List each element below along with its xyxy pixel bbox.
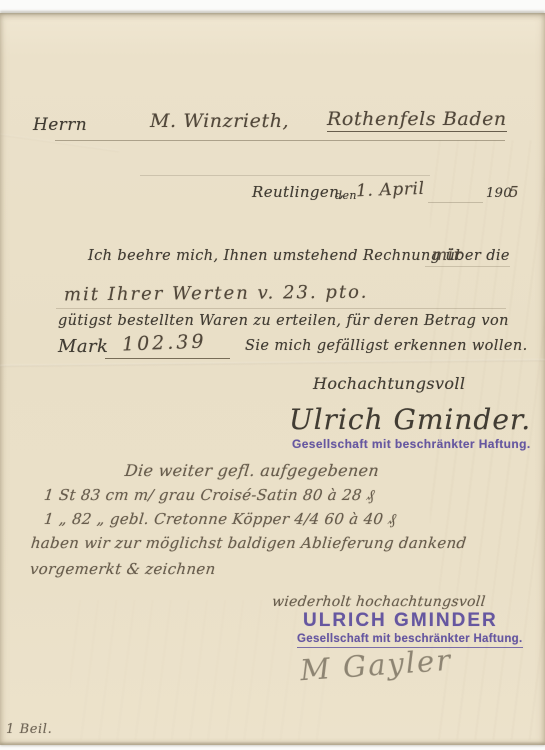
company-signature-printed: Ulrich Gminder. (289, 403, 531, 436)
dateline-rule (428, 202, 483, 203)
body-rule-2 (56, 308, 506, 309)
company-stamp-small: Gesellschaft mit beschränkter Haftung. (292, 437, 531, 451)
note-line5: vorgemerkt & zeichnen (29, 560, 216, 578)
body-line3-printed: gütigst bestellten Waren zu erteilen, fü… (58, 313, 509, 329)
scan-edge-bottom (0, 743, 545, 746)
body-rule-1 (425, 266, 510, 267)
salutation: Herrn (33, 115, 87, 135)
note-line2: 1 St 83 cm m/ grau Croisé-Satin 80 à 28 … (43, 486, 376, 505)
body-line4-printed: Sie mich gefälligst erkennen wollen. (245, 338, 528, 354)
address-rule-1 (55, 140, 505, 141)
note-line1: Die weiter gefl. aufgegebenen (124, 461, 380, 480)
address-rule-2 (140, 175, 430, 176)
footnote-handwritten: 1 Beil. (6, 722, 52, 737)
note-line3: 1 „ 82 „ gebl. Cretonne Köpper 4/4 60 à … (43, 510, 397, 529)
body-line1-handwritten: mir (432, 245, 462, 264)
note-line4: haben wir zur möglichst baldigen Abliefe… (30, 534, 467, 552)
scanned-letter-page: Herrn M. Winzrieth, Rothenfels Baden Reu… (0, 0, 545, 750)
amount-rule (105, 358, 230, 359)
dateline-date-handwritten: 1. April (356, 179, 425, 201)
company-stamp-large-name: ULRICH GMINDER (303, 610, 498, 632)
dateline-den: den (335, 189, 357, 202)
dateline-city: Reutlingen, (252, 183, 344, 201)
addressee-name: M. Winzrieth, (150, 110, 289, 132)
mark-label: Mark (58, 336, 108, 357)
body-line2-handwritten: mit Ihrer Werten v. 23. pto. (64, 282, 369, 306)
amount-handwritten: 102.39 (122, 331, 207, 356)
addressee-place: Rothenfels Baden (327, 108, 507, 132)
dateline-year-handwritten: 5 (509, 183, 519, 201)
closing-printed: Hochachtungsvoll (313, 374, 465, 393)
closing2-handwritten: wiederholt hochachtungsvoll (271, 594, 486, 610)
scan-edge-top (0, 11, 545, 14)
